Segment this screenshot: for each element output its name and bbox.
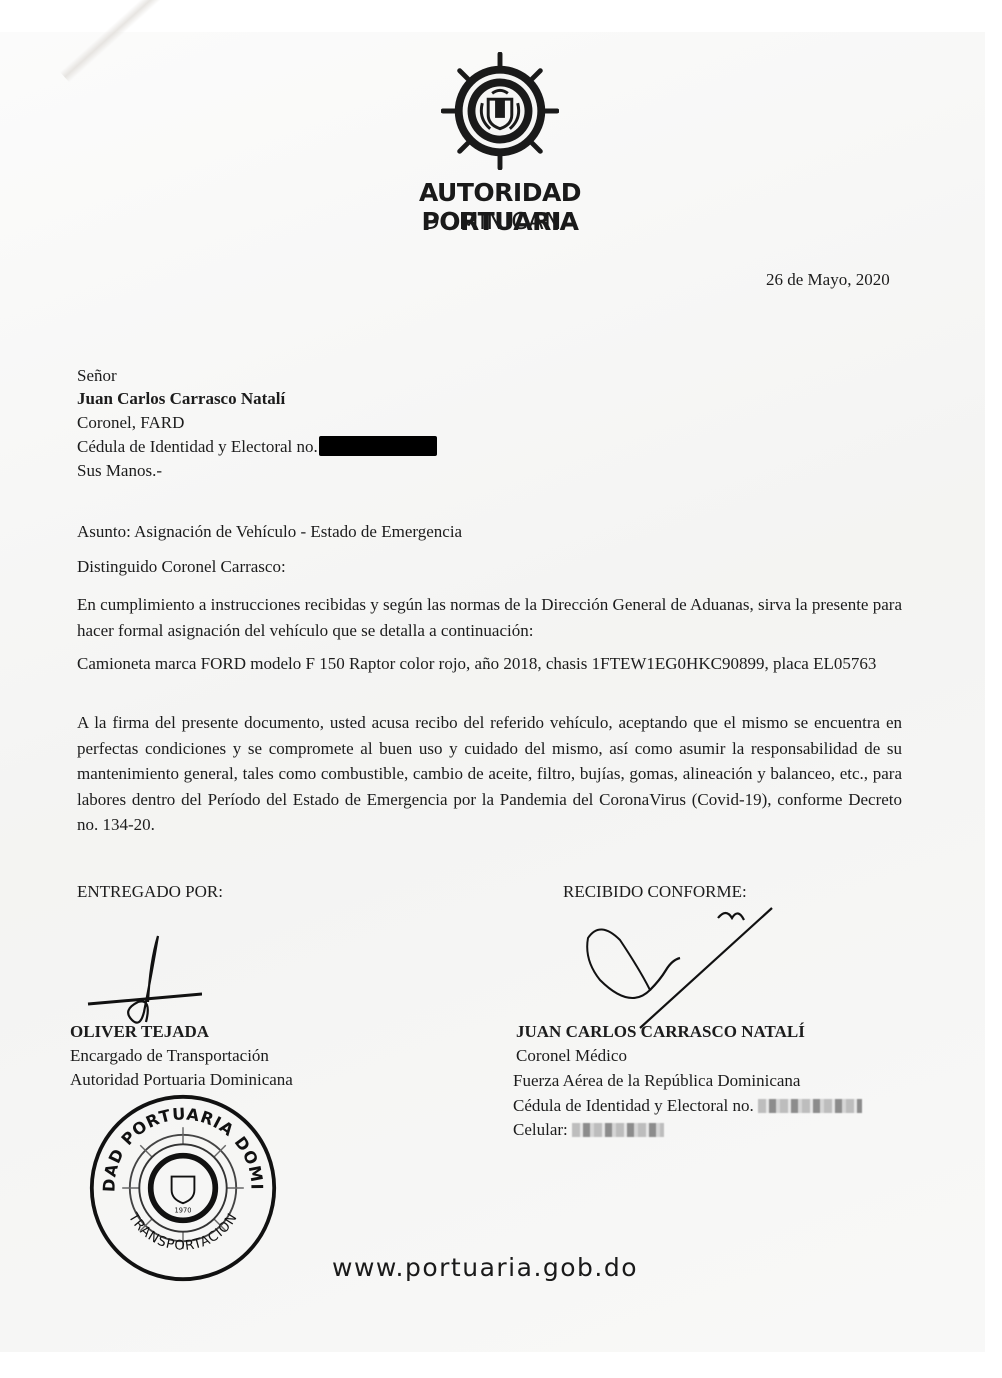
port-authority-logo-icon [441, 52, 559, 170]
recipient-id-label: Cédula de Identidad y Electoral no. [77, 437, 318, 456]
blurred-id-number [758, 1099, 862, 1113]
recipient-rank: Coronel, FARD [77, 411, 184, 435]
receiver-phone-label: Celular: [513, 1120, 568, 1139]
paragraph-vehicle-details: Camioneta marca FORD modelo F 150 Raptor… [77, 651, 902, 677]
receiver-org: Fuerza Aérea de la República Dominicana [513, 1069, 800, 1093]
paragraph-instructions: En cumplimiento a instrucciones recibida… [77, 592, 902, 643]
deliverer-title: Encargado de Transportación [70, 1044, 269, 1068]
receiver-phone-line: Celular: [513, 1118, 664, 1142]
recipient-salutation: Señor [77, 364, 117, 388]
redacted-id-block [319, 436, 437, 456]
receiver-id-label: Cédula de Identidad y Electoral no. [513, 1096, 754, 1115]
recipient-id-line: Cédula de Identidad y Electoral no. [77, 435, 437, 459]
receiver-id-line: Cédula de Identidad y Electoral no. [513, 1094, 862, 1118]
letter-date: 26 de Mayo, 2020 [766, 268, 890, 292]
receiver-name: JUAN CARLOS CARRASCO NATALÍ [516, 1020, 805, 1044]
blurred-phone-number [572, 1123, 664, 1137]
deliverer-name: OLIVER TEJADA [70, 1020, 209, 1044]
recipient-closing: Sus Manos.- [77, 459, 162, 483]
website-url: www.portuaria.gob.do [332, 1253, 638, 1282]
receiver-title: Coronel Médico [516, 1044, 627, 1068]
paragraph-terms: A la firma del presente documento, usted… [77, 710, 902, 838]
signature-left-icon [82, 932, 202, 1032]
deliverer-org: Autoridad Portuaria Dominicana [70, 1068, 293, 1092]
svg-text:1970: 1970 [175, 1207, 192, 1215]
subject-line: Asunto: Asignación de Vehículo - Estado … [77, 520, 462, 544]
org-name-line2: DOMINICANA [340, 209, 660, 235]
signature-right-icon [580, 900, 780, 1040]
official-seal-icon: AUTORIDAD PORTUARIA DOMINICANA TRANSPORT… [88, 1093, 278, 1283]
recipient-name: Juan Carlos Carrasco Natalí [77, 387, 285, 411]
delivered-by-heading: ENTREGADO POR: [77, 880, 223, 904]
paper-fold [60, 0, 263, 82]
greeting: Distinguido Coronel Carrasco: [77, 555, 286, 579]
